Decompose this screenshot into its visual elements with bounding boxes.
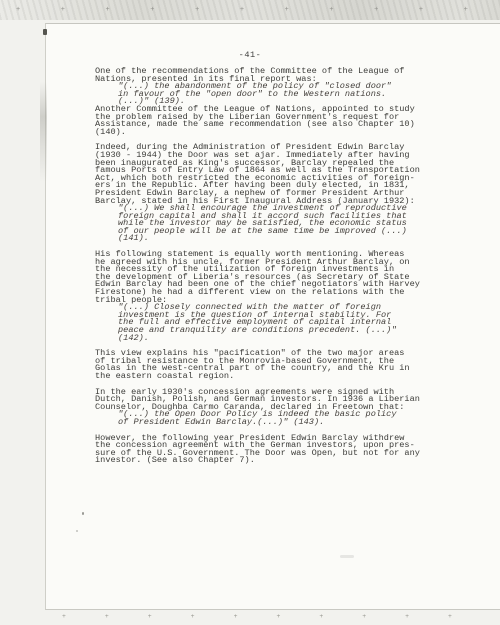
text-line: (140). [95,129,435,137]
ink-speck [76,530,78,532]
registration-mark-icon: + [106,6,110,14]
quote-line: (142). [118,335,435,343]
registration-mark-icon: + [105,613,109,620]
ink-speck [43,29,47,35]
text-line: the eastern coastal region. [95,373,435,381]
registration-mark-icon: + [362,613,366,620]
registration-mark-icon: + [16,6,20,14]
bottom-registration-marks: ++++++++++ [62,613,452,620]
registration-mark-icon: + [150,6,154,14]
paragraph: One of the recommendations of the Commit… [95,68,435,136]
quote-line: of President Edwin Barclay.(...)" (143). [118,419,435,427]
paragraph: This view explains his "pacification" of… [95,350,435,380]
page-number: -41- [45,50,455,60]
paragraph: In the early 1930's concession agreement… [95,389,435,427]
registration-mark-icon: + [61,6,65,14]
registration-mark-icon: + [285,6,289,14]
registration-mark-icon: + [240,6,244,14]
registration-mark-icon: + [234,613,238,620]
binding-smudge [40,82,47,182]
registration-mark-icon: + [419,6,423,14]
quote-line: (141). [118,235,435,243]
top-registration-marks: +++++++++++ [16,6,468,14]
registration-mark-icon: + [276,613,280,620]
registration-mark-icon: + [191,613,195,620]
paragraph: His following statement is equally worth… [95,251,435,342]
text-line: Assistance, made the same recommendation… [95,121,435,129]
text-line: investor. (See also Chapter 7). [95,457,435,465]
registration-mark-icon: + [195,6,199,14]
quote-line: peace and tranquility are conditions pre… [118,327,435,335]
quote-line: of our people will be at the same time b… [118,228,435,236]
registration-mark-icon: + [448,613,452,620]
registration-mark-icon: + [319,613,323,620]
registration-mark-icon: + [464,6,468,14]
registration-mark-icon: + [148,613,152,620]
registration-mark-icon: + [374,6,378,14]
document-text: One of the recommendations of the Commit… [95,68,435,473]
ink-speck [82,512,84,515]
paragraph: Indeed, during the Administration of Pre… [95,144,435,243]
registration-mark-icon: + [329,6,333,14]
scan-smudge [340,555,354,558]
registration-mark-icon: + [405,613,409,620]
scanned-document-page: +++++++++++ ++++++++++ -41- One of the r… [0,0,500,625]
registration-mark-icon: + [62,613,66,620]
paragraph: However, the following year President Ed… [95,435,435,465]
